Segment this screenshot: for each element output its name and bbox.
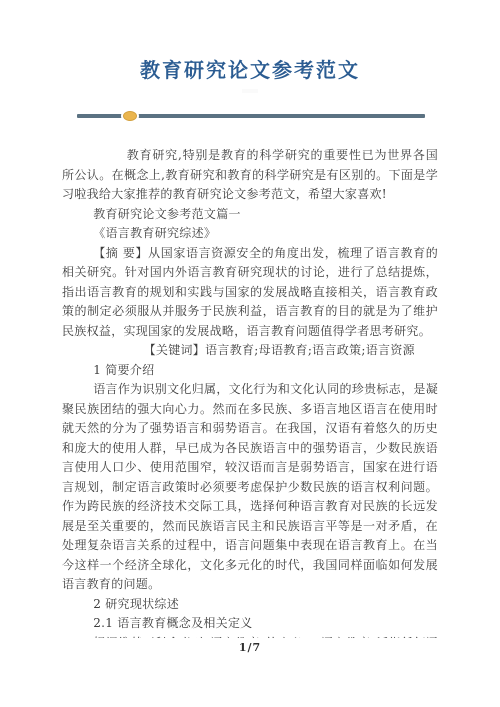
divider-accent-dot-icon: [123, 111, 137, 121]
document-page: 教育研究论文参考范文 教育研究,特别是教育的科学研究的重要性已为世界各国所公认。…: [0, 0, 500, 707]
page-number: 1/7: [0, 641, 500, 654]
document-body: 教育研究,特别是教育的科学研究的重要性已为世界各国所公认。在概念上,教育研究和教…: [62, 146, 438, 638]
title-divider: [77, 111, 425, 121]
paragraph: 语言作为识别文化归属，文化行为和文化认同的珍贵标志，是凝聚民族团结的强大向心力。…: [62, 380, 438, 595]
paragraph: 教育研究,特别是教育的科学研究的重要性已为世界各国所公认。在概念上,教育研究和教…: [62, 146, 438, 205]
title-accent-dash: [242, 89, 258, 93]
page-title: 教育研究论文参考范文: [0, 0, 500, 83]
paragraph: 教育研究论文参考范文篇一: [62, 205, 438, 225]
paragraph: 【摘 要】从国家语言资源安全的角度出发，梳理了语言教育的相关研究。针对国内外语言…: [62, 244, 438, 342]
paragraph: 1 简要介绍: [62, 361, 438, 381]
paragraph: 【关键词】语言教育;母语教育;语言政策;语言资源: [62, 341, 438, 361]
paragraph: 《语言教育研究综述》: [62, 224, 438, 244]
paragraph: 2.1 语言教育概念及相关定义: [62, 614, 438, 634]
paragraph: 2 研究现状综述: [62, 595, 438, 615]
paragraph: 根据维基百科全书对"语言教育"的定义，"语言教育"泛指任何语言的教: [62, 634, 438, 639]
